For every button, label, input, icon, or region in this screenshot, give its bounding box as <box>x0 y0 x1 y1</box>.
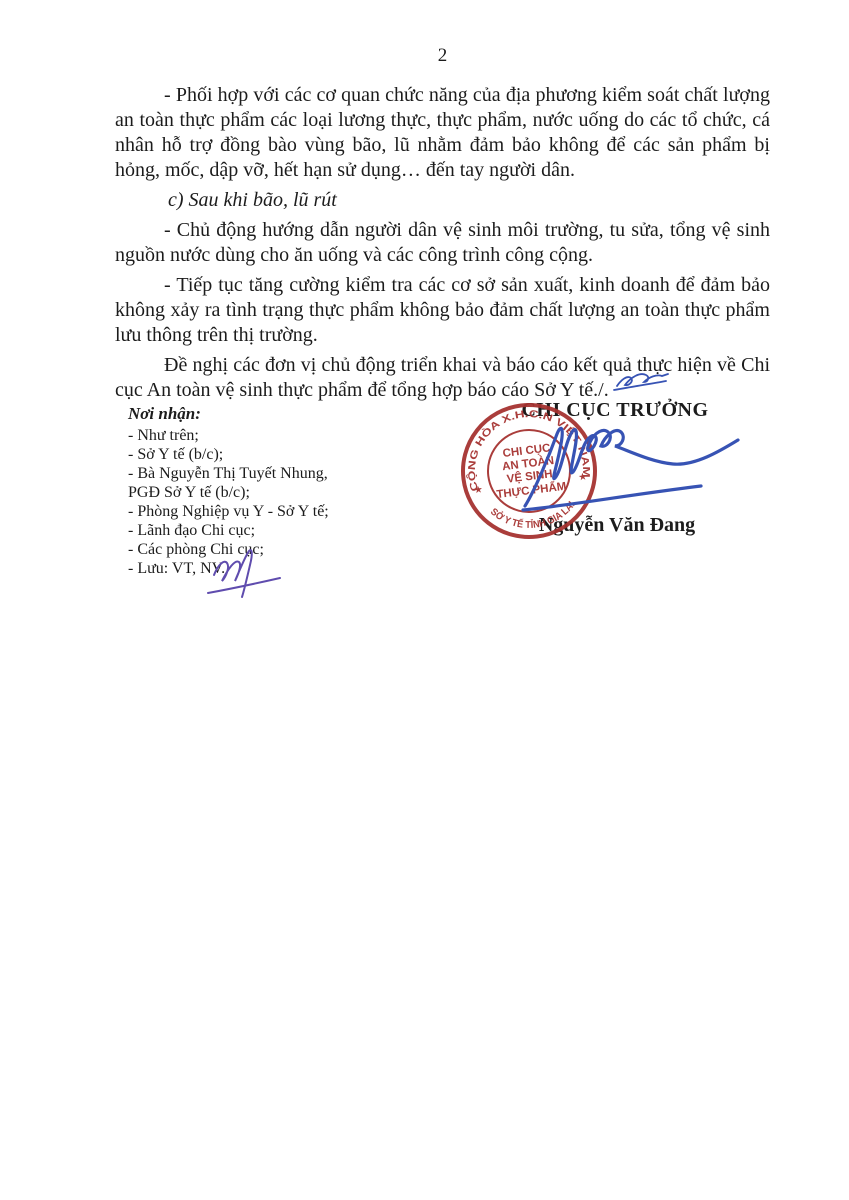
recipient-item: - Lãnh đạo Chi cục; <box>128 521 388 540</box>
document-content: 2 - Phối hợp với các cơ quan chức năng c… <box>0 0 849 403</box>
paragraph-phoi-hop: - Phối hợp với các cơ quan chức năng của… <box>115 83 770 183</box>
signature-underline <box>523 486 701 510</box>
recipient-item: PGĐ Sở Y tế (b/c); <box>128 483 388 502</box>
recipients-label: Nơi nhận: <box>128 404 388 424</box>
document-page: 2 - Phối hợp với các cơ quan chức năng c… <box>0 0 849 1200</box>
paragraph-tiep-tuc: - Tiếp tục tăng cường kiểm tra các cơ sở… <box>115 273 770 348</box>
recipient-item: - Bà Nguyễn Thị Tuyết Nhung, <box>128 464 388 483</box>
recipient-item: - Sở Y tế (b/c); <box>128 445 388 464</box>
initial-mark <box>612 364 672 394</box>
clerk-initial-mark <box>202 545 284 603</box>
initial-underline <box>614 381 666 390</box>
recipient-item: - Như trên; <box>128 426 388 445</box>
director-signature <box>505 418 750 513</box>
section-heading-c: c) Sau khi bão, lũ rút <box>115 188 770 213</box>
recipient-item: - Phòng Nghiệp vụ Y - Sở Y tế; <box>128 502 388 521</box>
star-icon: ★ <box>473 484 483 496</box>
paragraph-chu-dong: - Chủ động hướng dẫn người dân vệ sinh m… <box>115 218 770 268</box>
page-number: 2 <box>115 45 770 67</box>
